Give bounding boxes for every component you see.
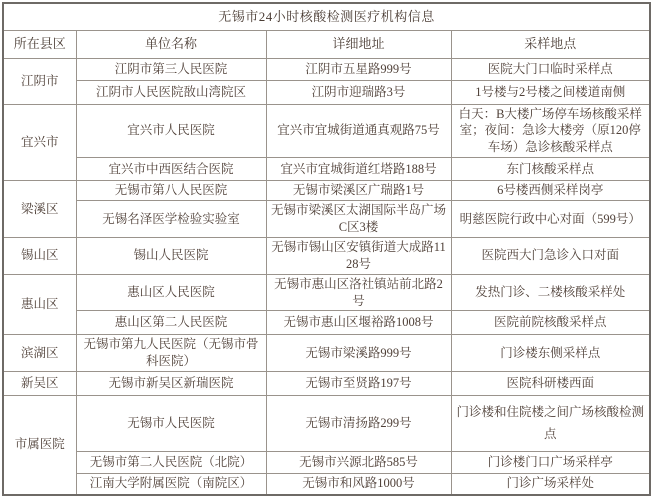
site-cell: 东门核酸采样点 — [451, 158, 650, 181]
district-cell: 梁溪区 — [3, 181, 76, 238]
district-cell: 惠山区 — [3, 274, 76, 335]
table-sheet: 无锡市24小时核酸检测医疗机构信息 所在县区 单位名称 详细地址 采样地点 江阴… — [0, 0, 651, 462]
unit-cell: 锡山人民医院 — [76, 237, 266, 274]
district-cell: 新吴区 — [3, 372, 76, 396]
site-cell: 发热门诊、二楼核酸采样处 — [451, 274, 650, 311]
district-cell: 锡山区 — [3, 237, 76, 274]
table-row: 惠山区 惠山区人民医院 无锡市惠山区洛社镇站前北路2号 发热门诊、二楼核酸采样处 — [3, 274, 650, 311]
site-cell: 1号楼与2号楼之间楼道南侧 — [451, 80, 650, 104]
address-cell: 无锡市兴源北路585号 — [266, 452, 451, 474]
address-cell: 无锡市至贤路197号 — [266, 372, 451, 396]
table-row: 梁溪区 无锡市第八人民医院 无锡市梁溪区广瑞路1号 6号楼西侧采样岗亭 — [3, 181, 650, 201]
unit-cell: 江南大学附属医院（南院区） — [76, 474, 266, 495]
address-cell: 无锡市惠山区堰裕路1008号 — [266, 311, 451, 335]
table-row: 锡山区 锡山人民医院 无锡市锡山区安镇街道大成路1128号 医院西大门急诊入口对… — [3, 237, 650, 274]
address-cell: 江阴市五星路999号 — [266, 58, 451, 80]
site-cell: 明慈医院行政中心对面（599号） — [451, 201, 650, 238]
address-cell: 无锡市梁溪区广瑞路1号 — [266, 181, 451, 201]
unit-cell: 宜兴市中西医结合医院 — [76, 158, 266, 181]
unit-cell: 无锡市新吴区新瑞医院 — [76, 372, 266, 396]
address-cell: 无锡市梁溪区太湖国际半岛广场C区3楼 — [266, 201, 451, 238]
address-cell: 无锡市清扬路299号 — [266, 396, 451, 452]
site-cell: 6号楼西侧采样岗亭 — [451, 181, 650, 201]
table-row: 宜兴市中西医结合医院 宜兴市宜城街道红塔路188号 东门核酸采样点 — [3, 158, 650, 181]
table-row: 江阴市 江阴市第三人民医院 江阴市五星路999号 医院大门口临时采样点 — [3, 58, 650, 80]
address-cell: 无锡市惠山区洛社镇站前北路2号 — [266, 274, 451, 311]
unit-cell: 无锡市人民医院 — [76, 396, 266, 452]
site-cell: 白天：B大楼广场停车场核酸采样室；夜间：急诊大楼旁（原120停车场）急诊核酸采样… — [451, 104, 650, 158]
table-row: 宜兴市 宜兴市人民医院 宜兴市宜城街道通真观路75号 白天：B大楼广场停车场核酸… — [3, 104, 650, 158]
unit-cell: 无锡市第八人民医院 — [76, 181, 266, 201]
column-header-site: 采样地点 — [451, 30, 650, 58]
unit-cell: 江阴市人民医院敔山湾院区 — [76, 80, 266, 104]
nucleic-acid-testing-table: 无锡市24小时核酸检测医疗机构信息 所在县区 单位名称 详细地址 采样地点 江阴… — [2, 2, 651, 496]
site-cell: 门诊楼和住院楼之间广场核酸检测点 — [451, 396, 650, 452]
column-header-address: 详细地址 — [266, 30, 451, 58]
unit-cell: 无锡市第九人民医院（无锡市骨科医院） — [76, 335, 266, 372]
table-row: 江阴市人民医院敔山湾院区 江阴市迎瑞路3号 1号楼与2号楼之间楼道南侧 — [3, 80, 650, 104]
site-cell: 医院科研楼西面 — [451, 372, 650, 396]
site-cell: 门诊楼门口广场采样亭 — [451, 452, 650, 474]
table-row: 滨湖区 无锡市第九人民医院（无锡市骨科医院） 无锡市梁溪路999号 门诊楼东侧采… — [3, 335, 650, 372]
column-header-district: 所在县区 — [3, 30, 76, 58]
unit-cell: 江阴市第三人民医院 — [76, 58, 266, 80]
district-cell: 宜兴市 — [3, 104, 76, 181]
unit-cell: 无锡市第二人民医院（北院） — [76, 452, 266, 474]
district-cell: 江阴市 — [3, 58, 76, 104]
unit-cell: 无锡名泽医学检验实验室 — [76, 201, 266, 238]
table-row: 无锡市第二人民医院（北院） 无锡市兴源北路585号 门诊楼门口广场采样亭 — [3, 452, 650, 474]
site-cell: 医院西大门急诊入口对面 — [451, 237, 650, 274]
site-cell: 门诊楼东侧采样点 — [451, 335, 650, 372]
site-cell: 医院前院核酸采样点 — [451, 311, 650, 335]
unit-cell: 惠山区第二人民医院 — [76, 311, 266, 335]
address-cell: 宜兴市宜城街道红塔路188号 — [266, 158, 451, 181]
table-row: 新吴区 无锡市新吴区新瑞医院 无锡市至贤路197号 医院科研楼西面 — [3, 372, 650, 396]
address-cell: 江阴市迎瑞路3号 — [266, 80, 451, 104]
table-row: 惠山区第二人民医院 无锡市惠山区堰裕路1008号 医院前院核酸采样点 — [3, 311, 650, 335]
address-cell: 宜兴市宜城街道通真观路75号 — [266, 104, 451, 158]
page-title: 无锡市24小时核酸检测医疗机构信息 — [3, 3, 650, 30]
district-cell: 市属医院 — [3, 396, 76, 495]
header-row: 所在县区 单位名称 详细地址 采样地点 — [3, 30, 650, 58]
site-cell: 门诊广场采样处 — [451, 474, 650, 495]
unit-cell: 惠山区人民医院 — [76, 274, 266, 311]
unit-cell: 宜兴市人民医院 — [76, 104, 266, 158]
column-header-unit: 单位名称 — [76, 30, 266, 58]
site-cell: 医院大门口临时采样点 — [451, 58, 650, 80]
table-row: 无锡名泽医学检验实验室 无锡市梁溪区太湖国际半岛广场C区3楼 明慈医院行政中心对… — [3, 201, 650, 238]
district-cell: 滨湖区 — [3, 335, 76, 372]
address-cell: 无锡市锡山区安镇街道大成路1128号 — [266, 237, 451, 274]
table-row: 市属医院 无锡市人民医院 无锡市清扬路299号 门诊楼和住院楼之间广场核酸检测点 — [3, 396, 650, 452]
address-cell: 无锡市和风路1000号 — [266, 474, 451, 495]
table-row: 江南大学附属医院（南院区） 无锡市和风路1000号 门诊广场采样处 — [3, 474, 650, 495]
title-row: 无锡市24小时核酸检测医疗机构信息 — [3, 3, 650, 30]
address-cell: 无锡市梁溪路999号 — [266, 335, 451, 372]
